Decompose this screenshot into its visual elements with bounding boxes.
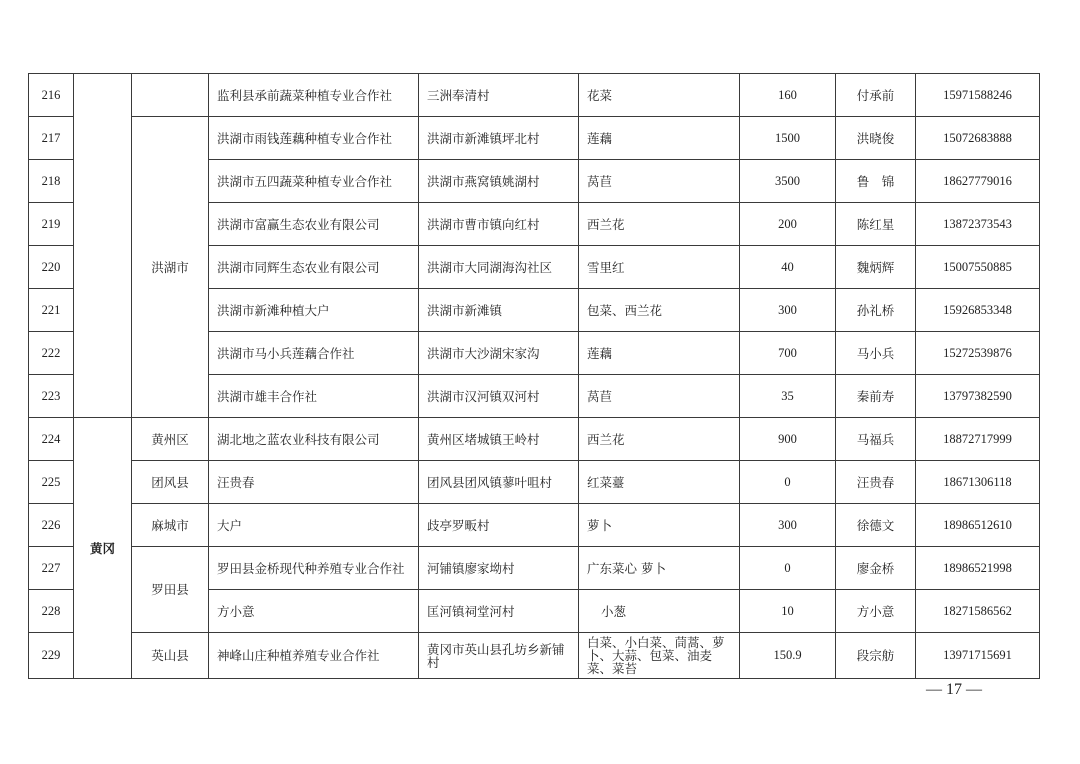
crop-cell: 西兰花: [579, 203, 740, 246]
entity-cell: 洪湖市雄丰合作社: [209, 375, 419, 418]
entity-cell: 方小意: [209, 590, 419, 633]
entity-cell: 洪湖市马小兵莲藕合作社: [209, 332, 419, 375]
crop-cell: 西兰花: [579, 418, 740, 461]
county-cell: [132, 74, 209, 117]
city-cell: [74, 74, 132, 418]
table-row: 217 洪湖市 洪湖市雨钱莲藕种植专业合作社 洪湖市新滩镇坪北村 莲藕 1500…: [29, 117, 1040, 160]
crop-cell: 白菜、小白菜、茼蒿、萝卜、大蒜、包菜、油麦菜、菜苔: [579, 633, 740, 679]
entity-cell: 汪贵春: [209, 461, 419, 504]
address-cell: 匡河镇祠堂河村: [419, 590, 579, 633]
page-number: — 17 —: [926, 681, 982, 699]
row-number: 218: [29, 160, 74, 203]
row-number: 227: [29, 547, 74, 590]
phone-cell: 18986512610: [916, 504, 1040, 547]
contact-cell: 方小意: [836, 590, 916, 633]
address-cell: 团风县团风镇蓼叶咀村: [419, 461, 579, 504]
address-cell: 洪湖市大沙湖宋家沟: [419, 332, 579, 375]
area-cell: 35: [740, 375, 836, 418]
county-cell: 罗田县: [132, 547, 209, 633]
phone-cell: 15926853348: [916, 289, 1040, 332]
entity-cell: 大户: [209, 504, 419, 547]
crop-cell: 萝卜: [579, 504, 740, 547]
table-row: 226 麻城市 大户 歧亭罗畈村 萝卜 300 徐德文 18986512610: [29, 504, 1040, 547]
phone-cell: 13872373543: [916, 203, 1040, 246]
city-cell: 黄冈: [74, 418, 132, 679]
area-cell: 200: [740, 203, 836, 246]
contact-cell: 孙礼桥: [836, 289, 916, 332]
row-number: 220: [29, 246, 74, 289]
row-number: 224: [29, 418, 74, 461]
phone-cell: 18872717999: [916, 418, 1040, 461]
contact-cell: 秦前寿: [836, 375, 916, 418]
table-row: 216 监利县承前蔬菜种植专业合作社 三洲奉清村 花菜 160 付承前 1597…: [29, 74, 1040, 117]
crop-cell: 雪里红: [579, 246, 740, 289]
entity-cell: 监利县承前蔬菜种植专业合作社: [209, 74, 419, 117]
row-number: 228: [29, 590, 74, 633]
area-cell: 900: [740, 418, 836, 461]
contact-cell: 魏炳辉: [836, 246, 916, 289]
contact-cell: 马小兵: [836, 332, 916, 375]
crop-cell: 小葱: [579, 590, 740, 633]
data-table: 216 监利县承前蔬菜种植专业合作社 三洲奉清村 花菜 160 付承前 1597…: [28, 73, 1040, 679]
area-cell: 40: [740, 246, 836, 289]
county-cell: 麻城市: [132, 504, 209, 547]
row-number: 223: [29, 375, 74, 418]
crop-cell: 包菜、西兰花: [579, 289, 740, 332]
row-number: 221: [29, 289, 74, 332]
phone-cell: 13797382590: [916, 375, 1040, 418]
entity-cell: 洪湖市同辉生态农业有限公司: [209, 246, 419, 289]
crop-cell: 红菜薹: [579, 461, 740, 504]
contact-cell: 汪贵春: [836, 461, 916, 504]
row-number: 225: [29, 461, 74, 504]
address-cell: 洪湖市新滩镇: [419, 289, 579, 332]
row-number: 226: [29, 504, 74, 547]
row-number: 219: [29, 203, 74, 246]
address-cell: 黄州区堵城镇王岭村: [419, 418, 579, 461]
county-cell: 英山县: [132, 633, 209, 679]
address-cell: 三洲奉清村: [419, 74, 579, 117]
crop-cell: 莲藕: [579, 332, 740, 375]
contact-cell: 马福兵: [836, 418, 916, 461]
contact-cell: 鲁 锦: [836, 160, 916, 203]
area-cell: 160: [740, 74, 836, 117]
table-row: 229 英山县 神峰山庄种植养殖专业合作社 黄冈市英山县孔坊乡新铺村 白菜、小白…: [29, 633, 1040, 679]
row-number: 229: [29, 633, 74, 679]
address-cell: 歧亭罗畈村: [419, 504, 579, 547]
crop-cell: 广东菜心 萝卜: [579, 547, 740, 590]
area-cell: 700: [740, 332, 836, 375]
contact-cell: 洪晓俊: [836, 117, 916, 160]
table-row: 227 罗田县 罗田县金桥现代种养殖专业合作社 河铺镇廖家坳村 广东菜心 萝卜 …: [29, 547, 1040, 590]
crop-cell: 花菜: [579, 74, 740, 117]
entity-cell: 洪湖市新滩种植大户: [209, 289, 419, 332]
entity-cell: 湖北地之蓝农业科技有限公司: [209, 418, 419, 461]
county-cell: 黄州区: [132, 418, 209, 461]
area-cell: 1500: [740, 117, 836, 160]
entity-cell: 神峰山庄种植养殖专业合作社: [209, 633, 419, 679]
phone-cell: 18271586562: [916, 590, 1040, 633]
area-cell: 10: [740, 590, 836, 633]
crop-cell: 莴苣: [579, 160, 740, 203]
address-cell: 洪湖市曹市镇向红村: [419, 203, 579, 246]
crop-cell: 莴苣: [579, 375, 740, 418]
row-number: 222: [29, 332, 74, 375]
contact-cell: 廖金桥: [836, 547, 916, 590]
address-cell: 洪湖市燕窝镇姚湖村: [419, 160, 579, 203]
phone-cell: 18627779016: [916, 160, 1040, 203]
address-cell: 黄冈市英山县孔坊乡新铺村: [419, 633, 579, 679]
address-cell: 洪湖市新滩镇坪北村: [419, 117, 579, 160]
crop-text: 小葱: [587, 604, 626, 619]
area-cell: 3500: [740, 160, 836, 203]
row-number: 216: [29, 74, 74, 117]
address-cell: 河铺镇廖家坳村: [419, 547, 579, 590]
phone-cell: 13971715691: [916, 633, 1040, 679]
phone-cell: 15072683888: [916, 117, 1040, 160]
contact-cell: 付承前: [836, 74, 916, 117]
table-row: 225 团风县 汪贵春 团风县团风镇蓼叶咀村 红菜薹 0 汪贵春 1867130…: [29, 461, 1040, 504]
entity-cell: 洪湖市雨钱莲藕种植专业合作社: [209, 117, 419, 160]
phone-cell: 15971588246: [916, 74, 1040, 117]
address-cell: 洪湖市大同湖海沟社区: [419, 246, 579, 289]
county-cell: 洪湖市: [132, 117, 209, 418]
table-row: 224 黄冈 黄州区 湖北地之蓝农业科技有限公司 黄州区堵城镇王岭村 西兰花 9…: [29, 418, 1040, 461]
address-cell: 洪湖市汉河镇双河村: [419, 375, 579, 418]
phone-cell: 18986521998: [916, 547, 1040, 590]
entity-cell: 洪湖市富赢生态农业有限公司: [209, 203, 419, 246]
phone-cell: 15007550885: [916, 246, 1040, 289]
phone-cell: 15272539876: [916, 332, 1040, 375]
contact-cell: 段宗舫: [836, 633, 916, 679]
area-cell: 0: [740, 547, 836, 590]
area-cell: 300: [740, 504, 836, 547]
contact-cell: 徐德文: [836, 504, 916, 547]
area-cell: 150.9: [740, 633, 836, 679]
phone-cell: 18671306118: [916, 461, 1040, 504]
area-cell: 0: [740, 461, 836, 504]
contact-cell: 陈红星: [836, 203, 916, 246]
crop-cell: 莲藕: [579, 117, 740, 160]
county-cell: 团风县: [132, 461, 209, 504]
entity-cell: 罗田县金桥现代种养殖专业合作社: [209, 547, 419, 590]
area-cell: 300: [740, 289, 836, 332]
row-number: 217: [29, 117, 74, 160]
entity-cell: 洪湖市五四蔬菜种植专业合作社: [209, 160, 419, 203]
